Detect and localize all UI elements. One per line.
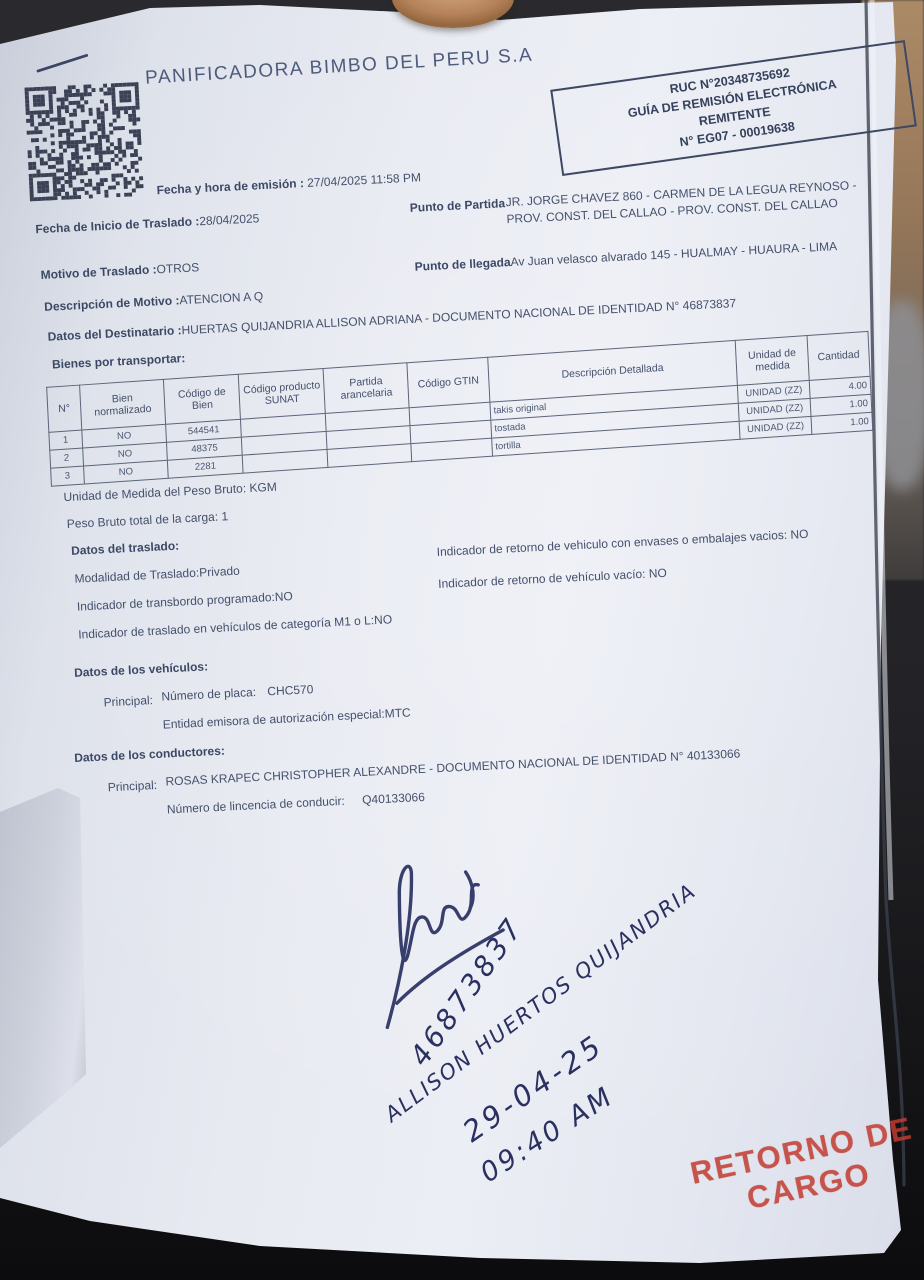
pen-mark [36, 54, 88, 73]
col-header: Cantidad [807, 331, 870, 380]
field-entidad-emisora: Entidad emisora de autorización especial… [162, 705, 411, 731]
field-transbordo: Indicador de transbordo programado:NO [77, 589, 294, 614]
col-header: Código producto SUNAT [239, 368, 326, 419]
vehiculo-principal-label: Principal: [103, 693, 153, 709]
field-emision: Fecha y hora de emisión : 27/04/2025 11:… [156, 170, 421, 197]
col-header: Partida arancelaria [323, 363, 409, 414]
col-header: N° [47, 385, 82, 432]
field-punto-llegada: Punto de llegada Av Juan velasco alvarad… [414, 236, 894, 273]
field-motivo: Motivo de Traslado :OTROS [40, 260, 199, 282]
field-licencia: Número de lincencia de conducir: Q401330… [167, 790, 426, 817]
section-bienes: Bienes por transportar: [52, 351, 186, 371]
field-modalidad: Modalidad de Traslado:Privado [74, 564, 240, 586]
qr-code [23, 82, 145, 207]
col-header: Bien normalizado [79, 379, 165, 430]
col-header: Código GTIN [407, 357, 490, 407]
field-placa: Número de placa: CHC570 [161, 682, 314, 703]
company-name: PANIFICADORA BIMBO DEL PERU S.A [145, 45, 534, 90]
section-traslado: Datos del traslado: [71, 539, 180, 558]
field-conductor-nombre: ROSAS KRAPEC CHRISTOPHER ALEXANDRE - DOC… [165, 746, 740, 788]
field-retorno-envases: Indicador de retorno de vehiculo con env… [436, 527, 808, 559]
field-peso-total: Peso Bruto total de la carga: 1 [67, 509, 229, 531]
conductor-principal-label: Principal: [107, 778, 157, 794]
col-header: Código de Bien [164, 374, 241, 424]
photo-of-document: 2 PANIFICADORA BIMBO DEL PERU S.A RUC N°… [0, 0, 924, 1280]
field-inicio-traslado: Fecha de Inicio de Traslado :28/04/2025 [35, 211, 260, 236]
retorno-cargo-stamp: RETORNO DE CARGO [641, 1101, 924, 1236]
section-conductores: Datos de los conductores: [74, 744, 225, 765]
field-categoria-m1: Indicador de traslado en vehículos de ca… [78, 612, 392, 641]
field-punto-partida: Punto de Partida JR. JORGE CHAVEZ 860 - … [409, 176, 880, 234]
field-desc-motivo: Descripción de Motivo :ATENCION A Q [44, 289, 264, 314]
field-retorno-vacio: Indicador de retorno de vehículo vacío: … [438, 566, 667, 591]
col-header: Unidad de medida [735, 336, 809, 386]
document-content: PANIFICADORA BIMBO DEL PERU S.A RUC N°20… [0, 0, 924, 1280]
section-vehiculos: Datos de los vehículos: [74, 659, 209, 680]
header-box: RUC N°20348735692 GUÍA DE REMISIÓN ELECT… [550, 40, 917, 175]
